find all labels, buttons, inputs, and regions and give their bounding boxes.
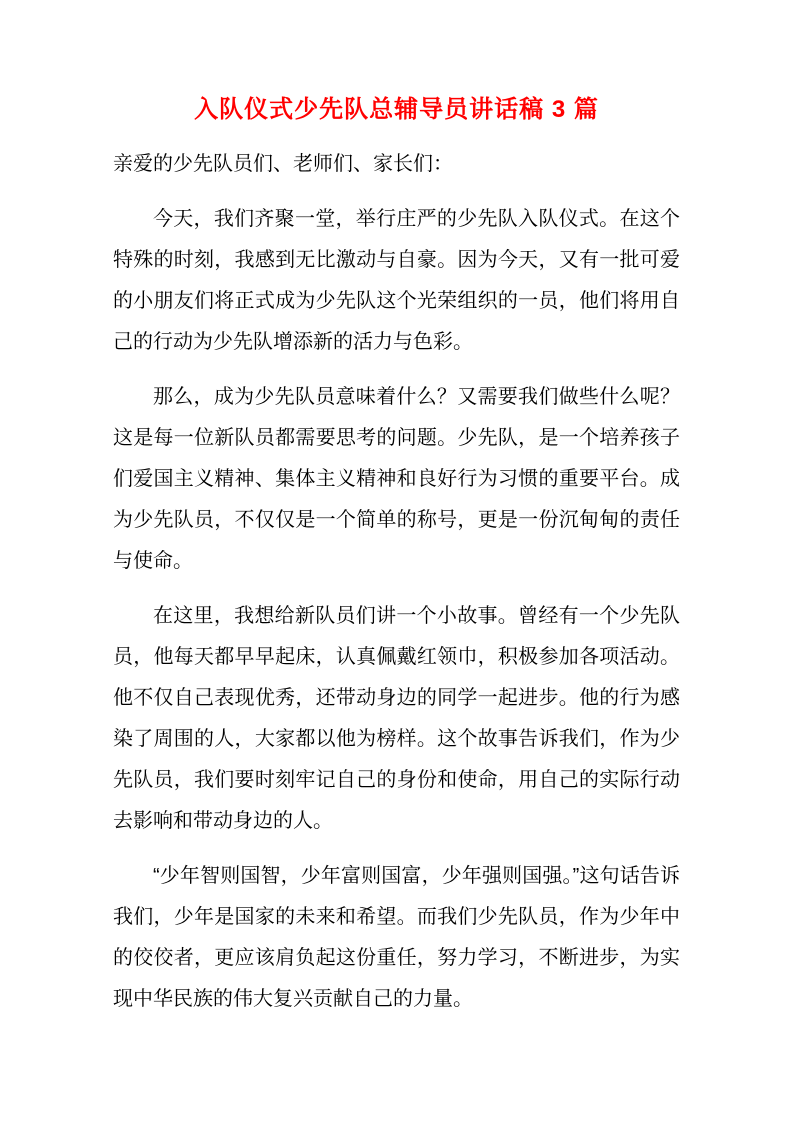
page-title: 入队仪式少先队总辅导员讲话稿 3 篇: [113, 92, 680, 128]
salutation-line: 亲爱的少先队员们、老师们、家长们：: [113, 144, 680, 185]
paragraph-opening: 今天，我们齐聚一堂，举行庄严的少先队入队仪式。在这个特殊的时刻，我感到无比激动与…: [113, 199, 680, 363]
paragraph-meaning: 那么，成为少先队员意味着什么？又需要我们做些什么呢？这是每一位新队员都需要思考的…: [113, 377, 680, 582]
paragraph-quote: “少年智则国智，少年富则国富，少年强则国强。”这句话告诉我们，少年是国家的未来和…: [113, 856, 680, 1020]
document-page: 入队仪式少先队总辅导员讲话稿 3 篇 亲爱的少先队员们、老师们、家长们： 今天，…: [0, 0, 793, 1122]
paragraph-story: 在这里，我想给新队员们讲一个小故事。曾经有一个少先队员，他每天都早早起床，认真佩…: [113, 596, 680, 842]
